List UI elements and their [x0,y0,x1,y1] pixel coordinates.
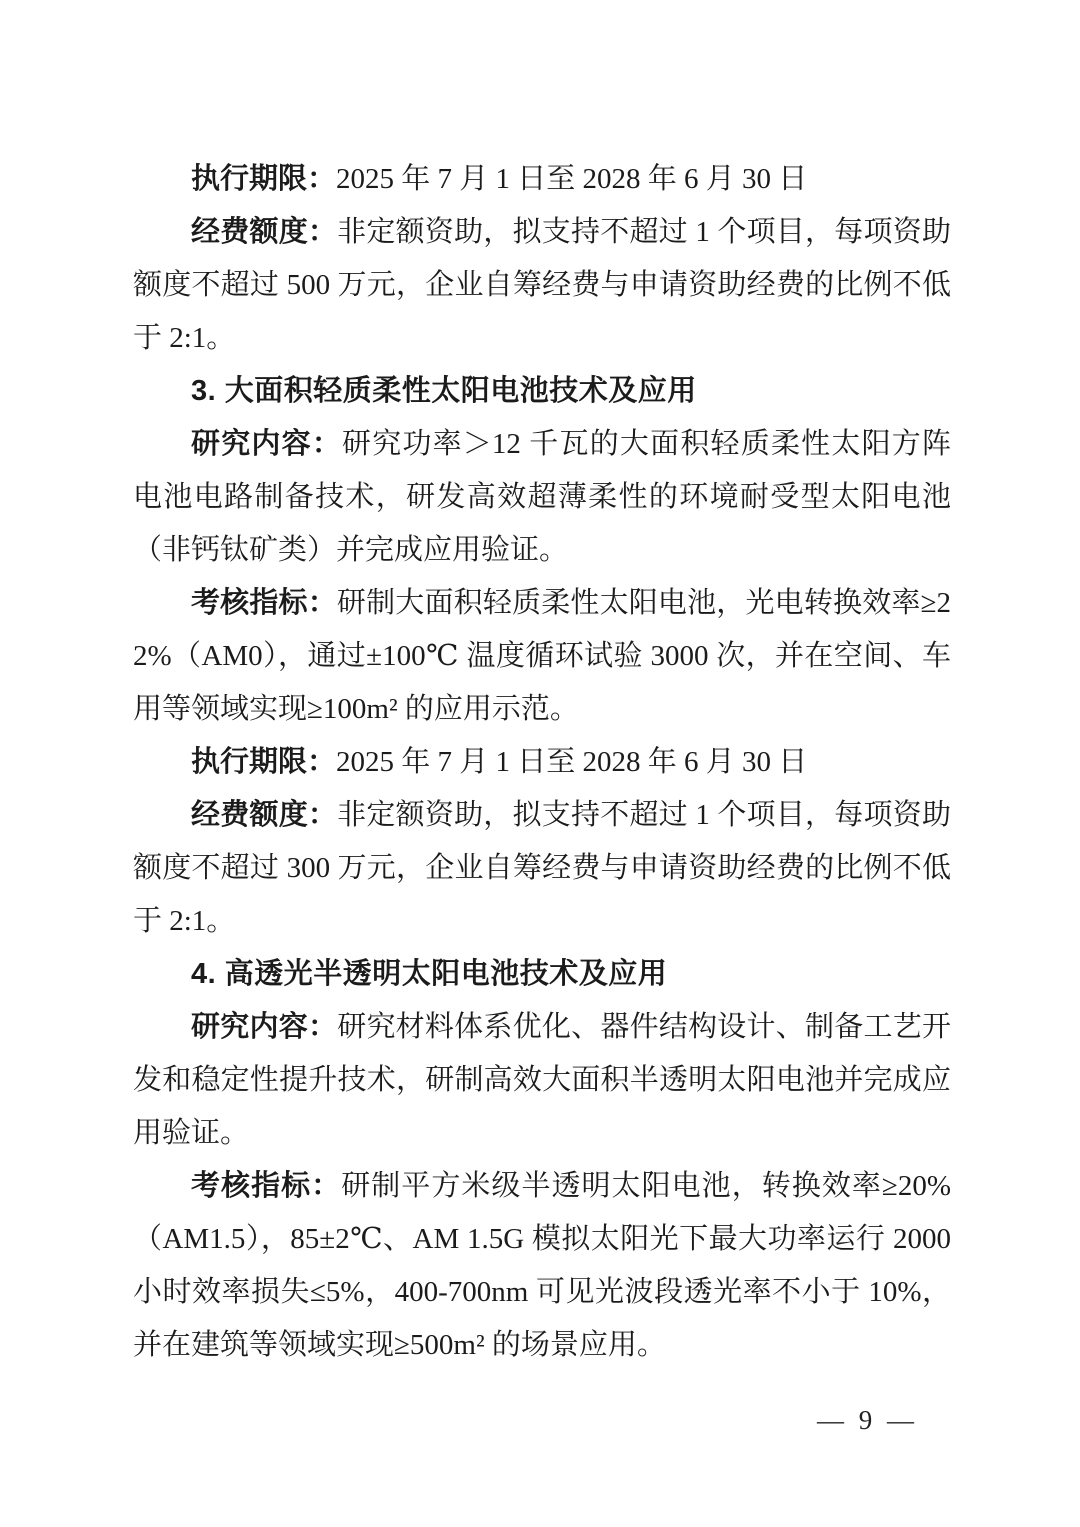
paragraph-text-exec-period-3: 2025 年 7 月 1 日至 2028 年 6 月 30 日 [336,746,807,778]
paragraph-text-exec-period-a: 2025 年 7 月 1 日至 2028 年 6 月 30 日 [336,163,807,195]
paragraph-label-funding-3: 经费额度： [191,799,337,831]
paragraph-exec-period-a: 执行期限：2025 年 7 月 1 日至 2028 年 6 月 30 日 [133,153,951,206]
page-number: — 9 — [817,1400,918,1440]
paragraph-research-content-3: 研究内容：研究功率＞12 千瓦的大面积轻质柔性太阳方阵电池电路制备技术，研发高效… [133,418,951,577]
section-heading-4: 4. 高透光半透明太阳电池技术及应用 [133,948,951,1001]
paragraph-exec-period-3: 执行期限：2025 年 7 月 1 日至 2028 年 6 月 30 日 [133,736,951,789]
paragraph-assessment-metrics-4: 考核指标：研制平方米级半透明太阳电池，转换效率≥20%（AM1.5），85±2℃… [133,1160,951,1372]
paragraph-label-research-content-3: 研究内容： [191,428,342,460]
paragraph-research-content-4: 研究内容：研究材料体系优化、器件结构设计、制备工艺开发和稳定性提升技术，研制高效… [133,1001,951,1160]
paragraph-label-exec-period-a: 执行期限： [191,163,336,195]
paragraph-label-funding-a: 经费额度： [191,216,337,248]
paragraph-label-assessment-metrics-3: 考核指标： [191,587,337,619]
paragraph-funding-3: 经费额度：非定额资助，拟支持不超过 1 个项目，每项资助额度不超过 300 万元… [133,789,951,948]
section-heading-3: 3. 大面积轻质柔性太阳电池技术及应用 [133,365,951,418]
paragraph-label-assessment-metrics-4: 考核指标： [191,1170,341,1202]
paragraph-funding-a: 经费额度：非定额资助，拟支持不超过 1 个项目，每项资助额度不超过 500 万元… [133,206,951,365]
paragraph-assessment-metrics-3: 考核指标：研制大面积轻质柔性太阳电池，光电转换效率≥22%（AM0），通过±10… [133,577,951,736]
paragraph-label-exec-period-3: 执行期限： [191,746,336,778]
paragraph-label-research-content-4: 研究内容： [191,1011,337,1043]
document-body: 执行期限：2025 年 7 月 1 日至 2028 年 6 月 30 日 经费额… [133,153,951,1372]
